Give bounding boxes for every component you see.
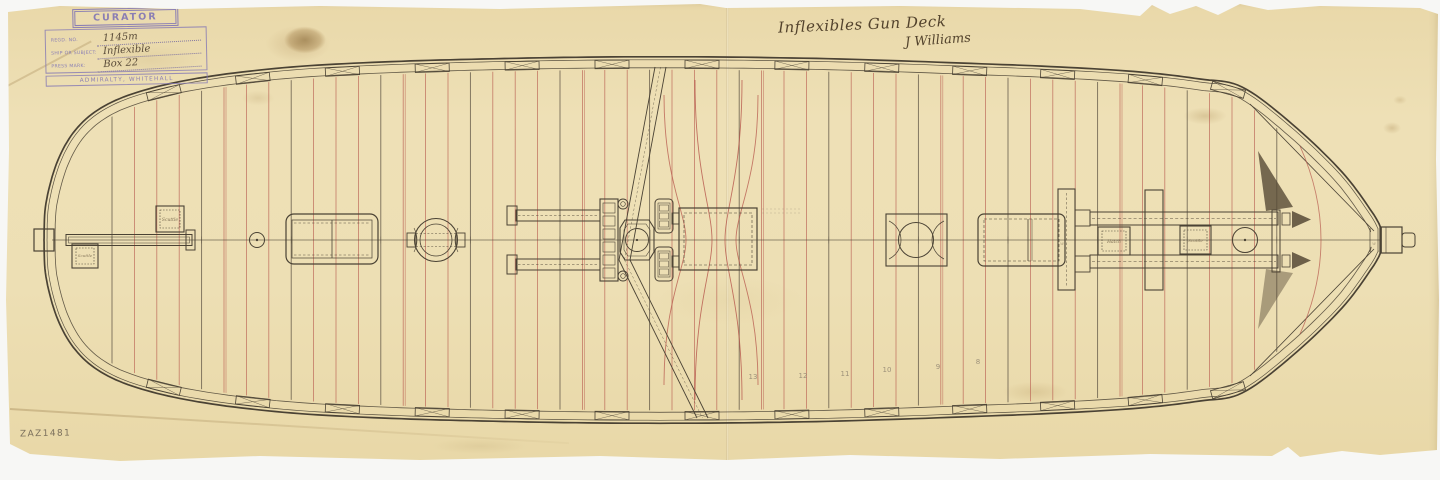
gun-port-number: 9: [936, 363, 940, 371]
gun-port: [235, 72, 270, 84]
paper-sheet: ScuttleScuttleHatchScuttleww1312111098 C…: [0, 0, 1440, 480]
archive-number: ZAZ1481: [20, 429, 71, 440]
fitting-label: w: [1372, 242, 1376, 247]
gun-port: [1128, 394, 1163, 405]
gun-port: [595, 411, 629, 420]
centerline: [52, 237, 1380, 244]
gun-port: [595, 60, 629, 69]
curator-stamp-header: CURATOR: [74, 9, 176, 26]
stamp-label: Ship or Subject:: [51, 50, 97, 58]
curator-stamp: CURATOR Regd. No. 1145m Ship or Subject:…: [44, 8, 208, 86]
gun-port-number: 10: [883, 366, 892, 374]
gun-port-number: 8: [976, 358, 980, 366]
deck-fittings: ScuttleScuttleHatchScuttleww: [34, 67, 1415, 418]
gun-port-number: 12: [799, 372, 808, 380]
gun-port-number: 13: [749, 373, 758, 381]
gun-port: [146, 379, 181, 395]
fitting-label: Scuttle: [78, 253, 93, 258]
stamp-label: Regd. No.: [51, 37, 97, 45]
port-numbers: 1312111098: [749, 358, 981, 381]
ship-plan-svg: ScuttleScuttleHatchScuttleww1312111098: [0, 0, 1440, 480]
gun-port: [685, 411, 719, 420]
gun-port: [1128, 74, 1163, 85]
scanned-plan: ScuttleScuttleHatchScuttleww1312111098 C…: [0, 0, 1440, 480]
fitting-label: w: [1060, 242, 1064, 247]
fitting-label: Scuttle: [162, 217, 179, 223]
gun-port: [235, 396, 270, 408]
stamp-label: Press Mark:: [51, 63, 97, 71]
curator-stamp-title: CURATOR: [93, 11, 158, 23]
gun-port: [685, 60, 719, 69]
fitting-label: Hatch: [1106, 239, 1121, 245]
gun-port-number: 11: [841, 370, 850, 378]
fitting-label: Scuttle: [1188, 238, 1203, 243]
curator-stamp-body: Regd. No. 1145m Ship or Subject: Inflexi…: [45, 26, 208, 73]
gun-port: [146, 85, 181, 101]
